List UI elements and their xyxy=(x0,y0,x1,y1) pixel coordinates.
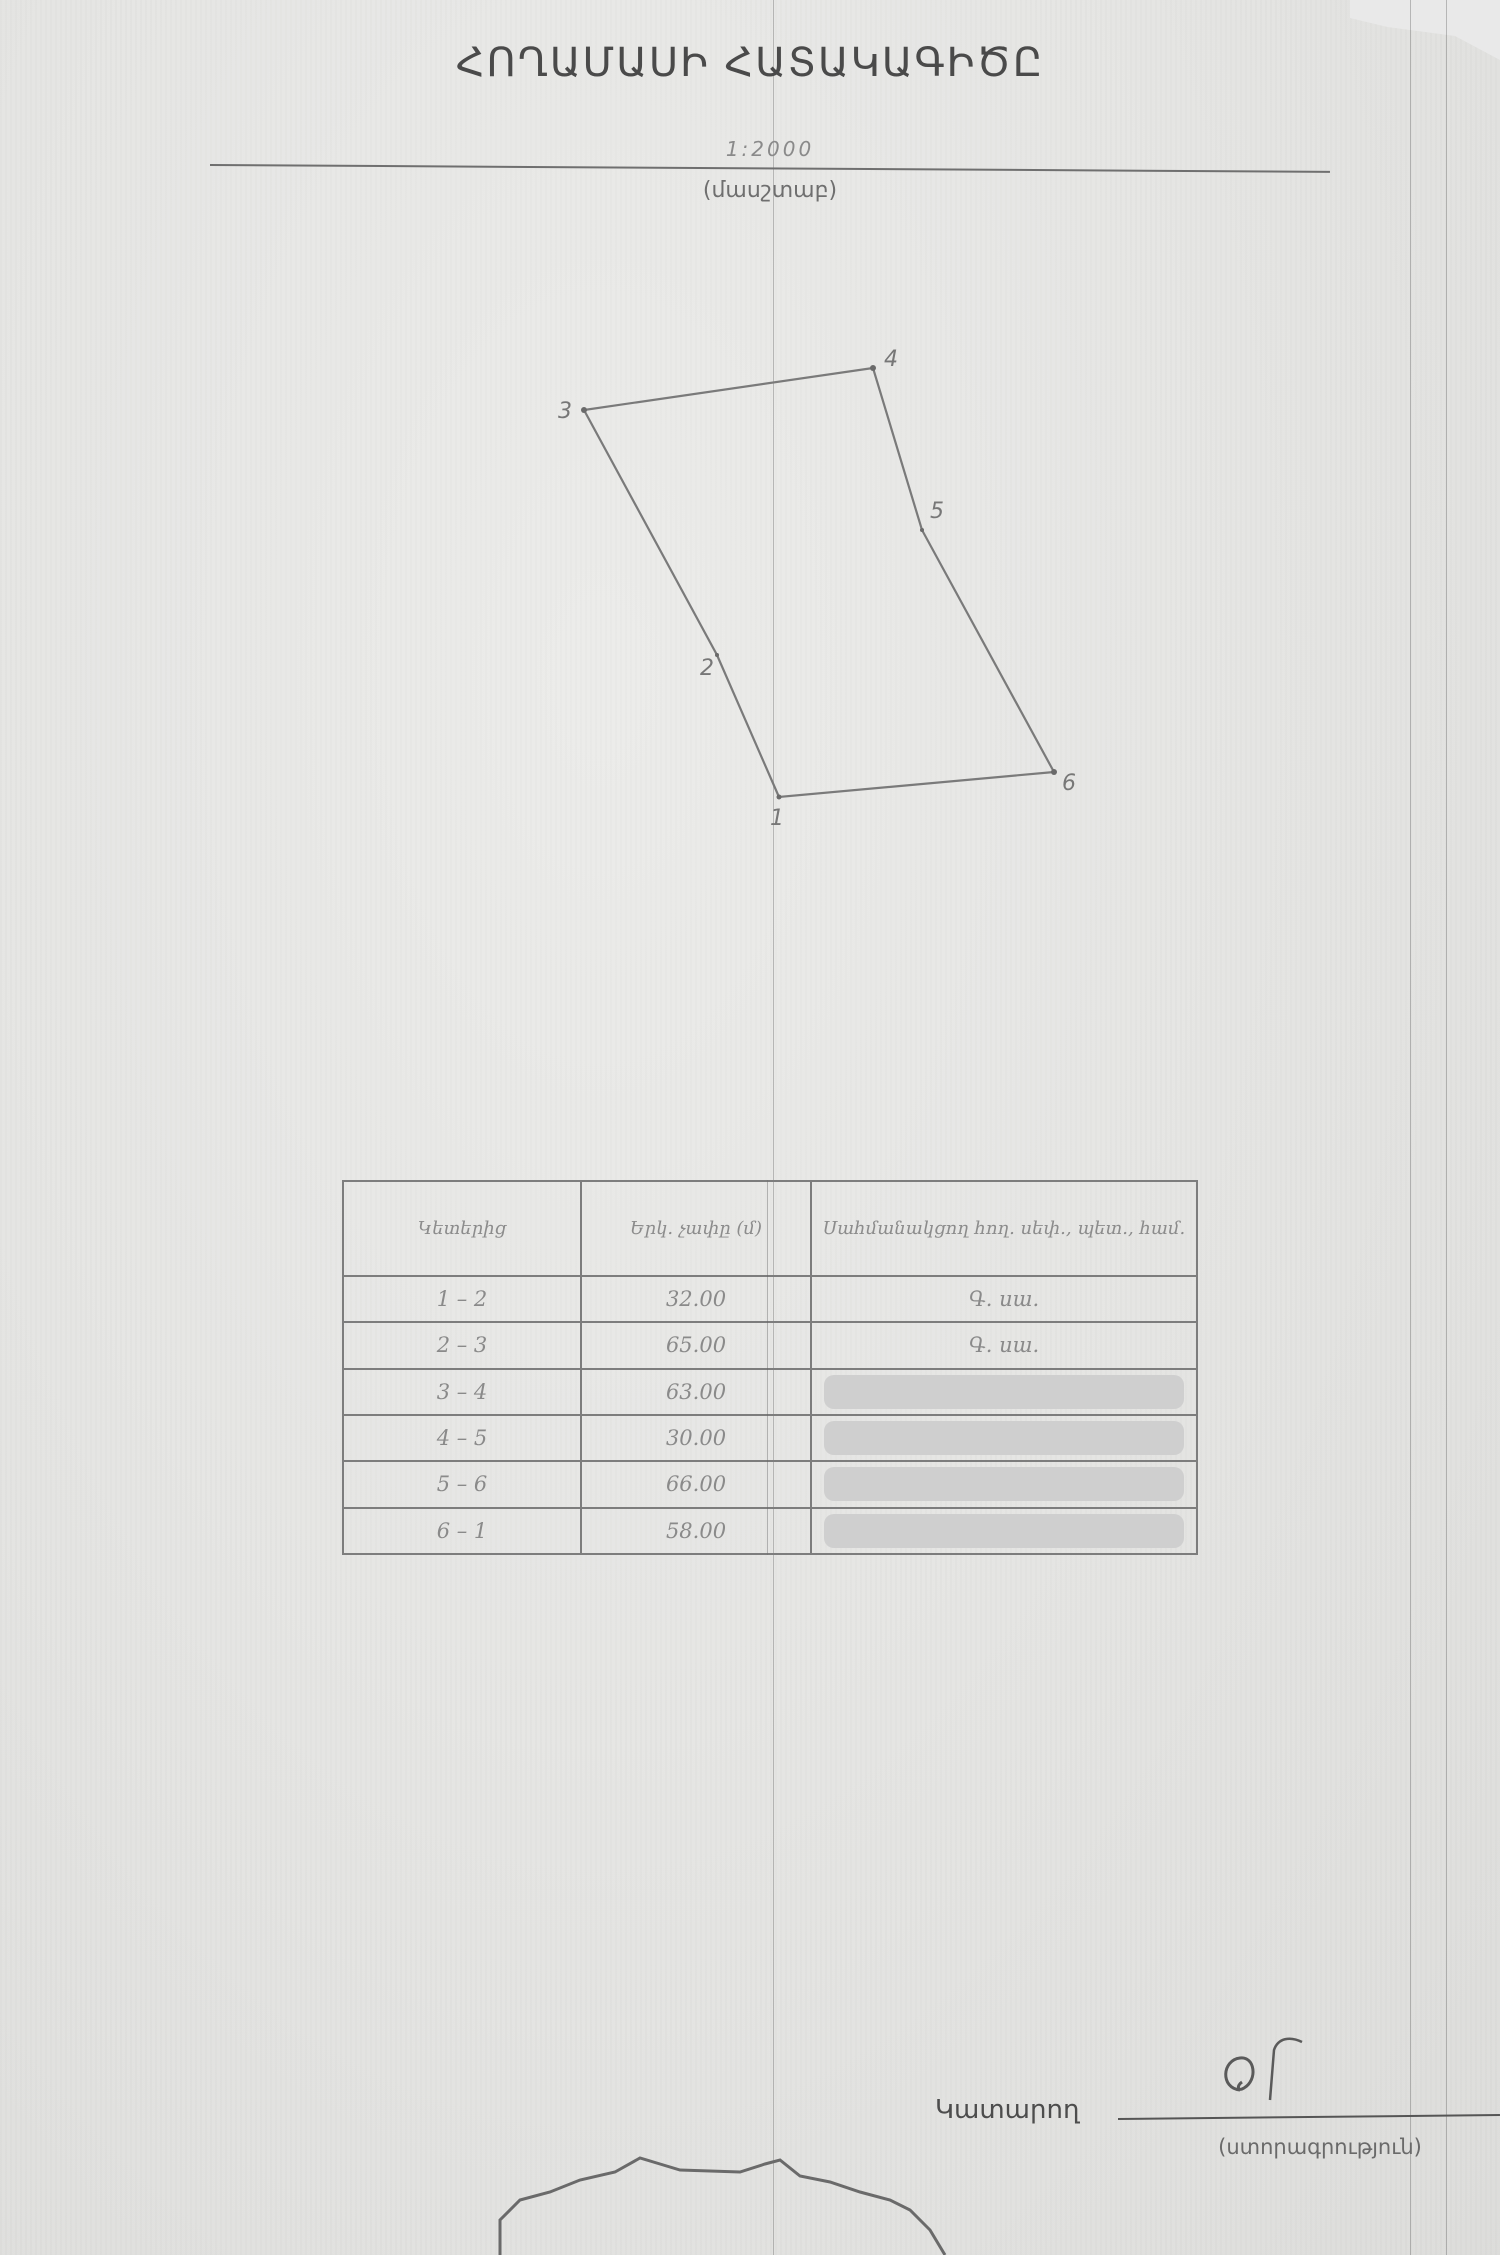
cell-length: 65.00 xyxy=(581,1322,811,1368)
cell-points: 6 – 1 xyxy=(343,1508,581,1554)
cell-length: 32.00 xyxy=(581,1276,811,1322)
table-row: 3 – 4 63.00 xyxy=(343,1369,1197,1415)
redaction-block xyxy=(824,1421,1184,1455)
cell-length: 66.00 xyxy=(581,1461,811,1507)
table-row: 4 – 5 30.00 xyxy=(343,1415,1197,1461)
table-row: 5 – 6 66.00 xyxy=(343,1461,1197,1507)
vertex-labels: 1 2 3 4 5 6 xyxy=(558,347,1076,831)
cell-points: 5 – 6 xyxy=(343,1461,581,1507)
land-plot-plan: 1 2 3 4 5 6 xyxy=(0,0,1500,900)
vertex-label-4: 4 xyxy=(884,347,898,372)
header-points: Կետերից xyxy=(343,1181,581,1276)
redaction-block xyxy=(824,1375,1184,1409)
signature-caption: (ստորագրություն) xyxy=(1180,2135,1460,2159)
cell-length: 63.00 xyxy=(581,1369,811,1415)
cell-points: 1 – 2 xyxy=(343,1276,581,1322)
vertex-label-1: 1 xyxy=(770,806,784,831)
table-header-row: Կետերից Երկ. չափը (մ) Սահմանակցող հող. ս… xyxy=(343,1181,1197,1276)
cell-adjacent: Գ. սա. xyxy=(811,1322,1197,1368)
header-adjacent: Սահմանակցող հող. սեփ., պետ., համ. xyxy=(811,1181,1197,1276)
cell-length: 30.00 xyxy=(581,1415,811,1461)
plot-boundary xyxy=(584,368,1054,797)
vertex-label-3: 3 xyxy=(558,399,572,424)
cell-length: 58.00 xyxy=(581,1508,811,1554)
stamp-outline xyxy=(490,2150,950,2255)
redaction-block xyxy=(824,1514,1184,1548)
cell-adjacent-redacted xyxy=(811,1508,1197,1554)
boundary-table-container: Կետերից Երկ. չափը (մ) Սահմանակցող հող. ս… xyxy=(342,1180,1198,1555)
table-row: 6 – 1 58.00 xyxy=(343,1508,1197,1554)
table-row: 1 – 2 32.00 Գ. սա. xyxy=(343,1276,1197,1322)
header-length: Երկ. չափը (մ) xyxy=(581,1181,811,1276)
cell-adjacent-redacted xyxy=(811,1415,1197,1461)
cell-adjacent: Գ. սա. xyxy=(811,1276,1197,1322)
boundary-table: Կետերից Երկ. չափը (մ) Սահմանակցող հող. ս… xyxy=(342,1180,1198,1555)
cell-points: 3 – 4 xyxy=(343,1369,581,1415)
handwritten-signature xyxy=(1210,2030,1320,2110)
performer-label: Կատարող xyxy=(935,2095,1079,2125)
cell-points: 2 – 3 xyxy=(343,1322,581,1368)
redaction-block xyxy=(824,1467,1184,1501)
vertex-label-6: 6 xyxy=(1062,771,1076,796)
vertex-markers xyxy=(581,365,1057,800)
table-row: 2 – 3 65.00 Գ. սա. xyxy=(343,1322,1197,1368)
cell-points: 4 – 5 xyxy=(343,1415,581,1461)
vertex-label-5: 5 xyxy=(930,499,944,524)
vertex-label-2: 2 xyxy=(700,656,714,681)
cell-adjacent-redacted xyxy=(811,1369,1197,1415)
cell-adjacent-redacted xyxy=(811,1461,1197,1507)
